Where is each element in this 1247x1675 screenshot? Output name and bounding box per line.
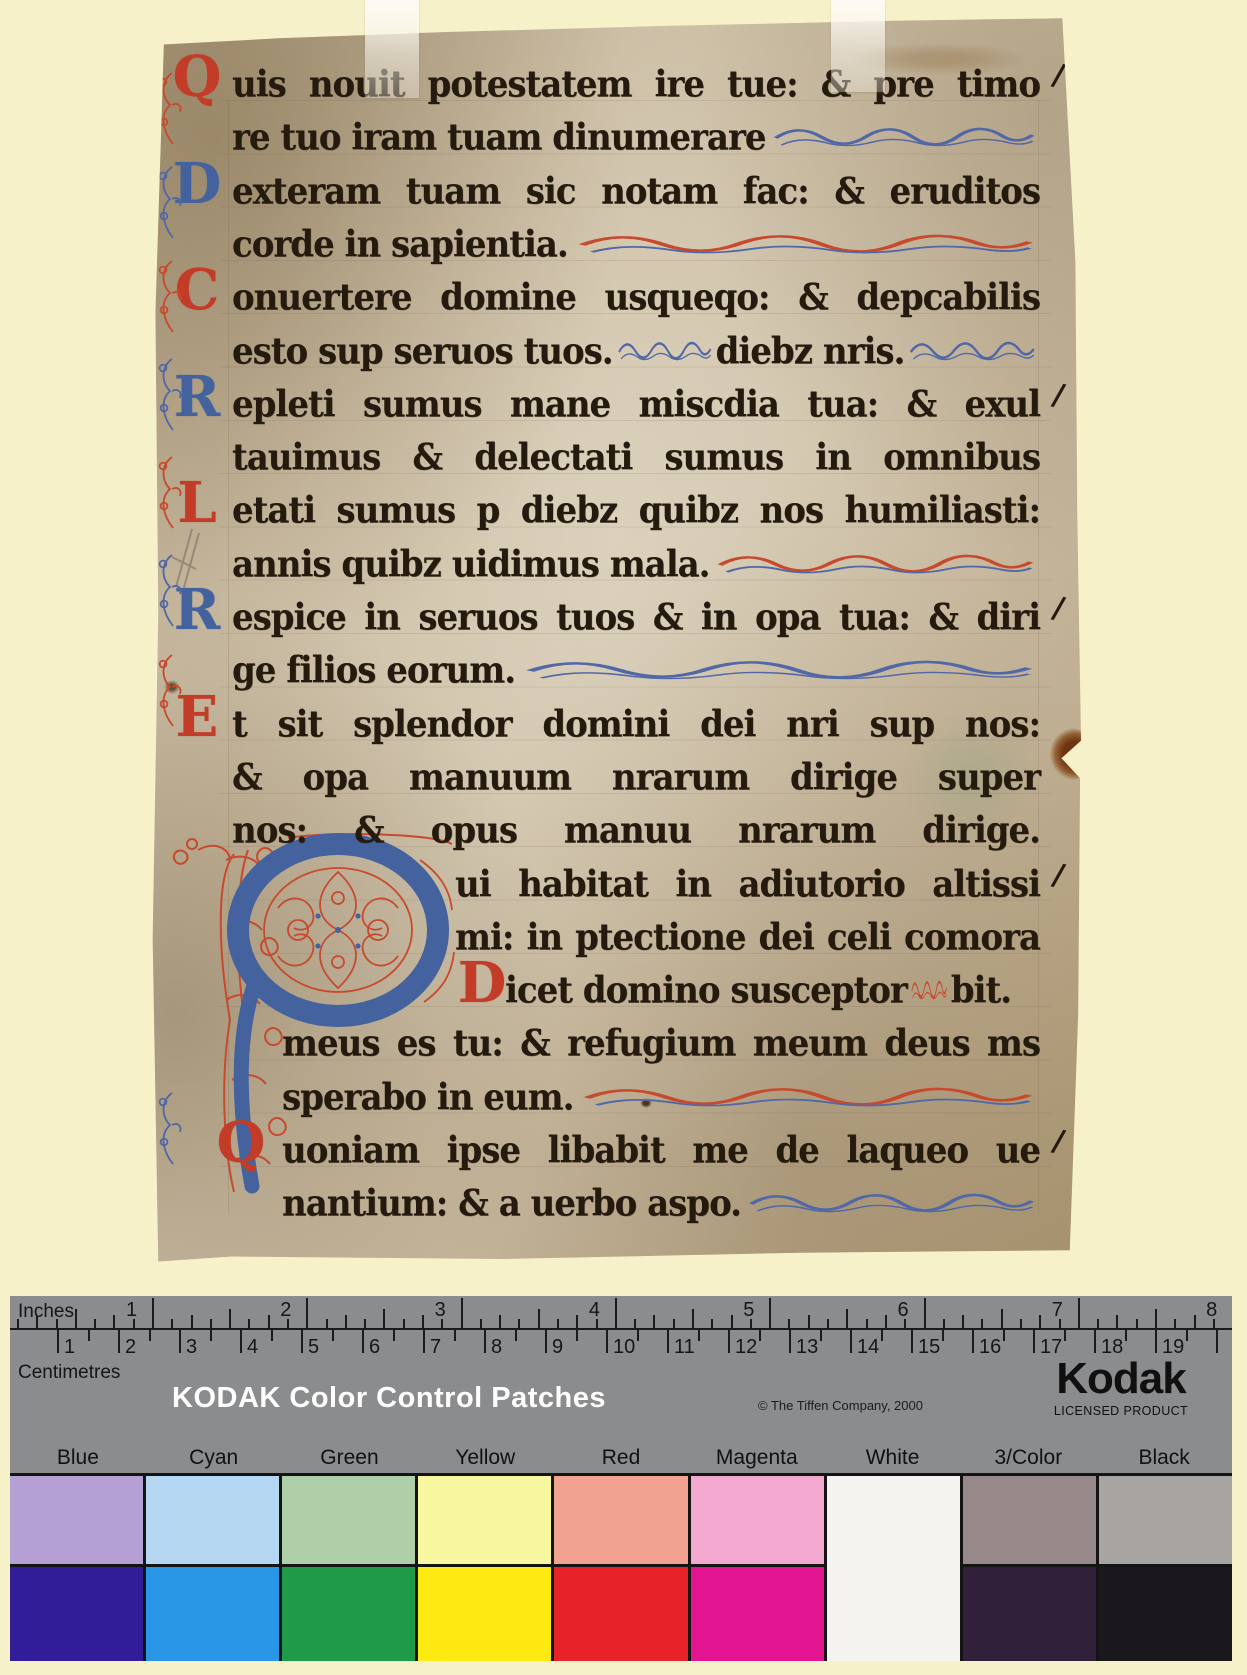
cm-number: 6 bbox=[369, 1336, 380, 1359]
manuscript-line: corde in sapientia. bbox=[232, 218, 1040, 272]
manuscript-text: diebz nris. bbox=[716, 330, 905, 372]
verse-initial: D bbox=[451, 955, 513, 1011]
cm-tick bbox=[728, 1330, 730, 1353]
manuscript-text: esto sup seruos tuos. bbox=[232, 330, 613, 372]
kodak-logo: Kodak bbox=[1046, 1354, 1196, 1404]
line-filler-redblue bbox=[572, 233, 1036, 257]
cm-tick bbox=[850, 1330, 852, 1353]
manuscript-text: re tuo iram tuam dinumerare bbox=[232, 117, 766, 159]
inch-number: 2 bbox=[280, 1299, 291, 1322]
margin-flourish-blue bbox=[154, 356, 184, 434]
manuscript-line: nantium: & a uerbo aspo. bbox=[282, 1177, 1040, 1231]
manuscript-line: & opa manuum nrarum dirige super bbox=[232, 751, 1040, 805]
patch-label-3-color: 3/Color bbox=[960, 1446, 1096, 1472]
inch-tick bbox=[1194, 1315, 1196, 1328]
inch-tick bbox=[981, 1319, 983, 1328]
manuscript-text: annis quibz uidimus mala. bbox=[232, 543, 709, 585]
manuscript-text: uoniam ipse libabit me de laqueo ue bbox=[282, 1130, 1040, 1172]
manuscript-text: nantium: & a uerbo aspo. bbox=[282, 1183, 741, 1225]
manuscript-line: Conuertere domine usqueqo: & depcabilis bbox=[232, 271, 1040, 325]
tape-strip bbox=[831, 0, 885, 92]
cm-tick bbox=[881, 1330, 883, 1341]
cm-number: 4 bbox=[247, 1336, 258, 1359]
cm-tick bbox=[454, 1330, 456, 1341]
line-break-mark: / bbox=[1050, 377, 1068, 414]
manuscript-line: Dicet domino susceptorbit. bbox=[505, 964, 965, 1018]
cm-number: 13 bbox=[796, 1336, 818, 1359]
inch-tick bbox=[943, 1319, 945, 1328]
manuscript-text: onuertere domine usqueqo: & depcabilis bbox=[232, 277, 1040, 319]
inch-tick bbox=[306, 1298, 308, 1328]
patch-label-blue: Blue bbox=[10, 1446, 146, 1472]
inch-number: 4 bbox=[589, 1299, 600, 1322]
manuscript-text: epleti sumus mane miscdia tua: & exul bbox=[232, 384, 1040, 426]
scene: { "manuscript": { "description": "Mediev… bbox=[0, 0, 1247, 1675]
inch-tick bbox=[75, 1309, 77, 1328]
manuscript-lines: Quis nouit potestatem ire tue: & pre tim… bbox=[148, 12, 1081, 1264]
inch-number: 3 bbox=[435, 1299, 446, 1322]
cm-tick bbox=[149, 1330, 151, 1341]
manuscript-text: corde in sapientia. bbox=[232, 224, 568, 266]
patch-label-green: Green bbox=[282, 1446, 418, 1472]
patch-column-3-color bbox=[960, 1476, 1096, 1661]
inch-tick bbox=[326, 1319, 328, 1328]
inch-tick bbox=[422, 1315, 424, 1328]
cm-tick bbox=[576, 1330, 578, 1341]
cm-tick bbox=[1155, 1330, 1157, 1353]
cm-number: 1 bbox=[64, 1336, 75, 1359]
margin-flourish-red bbox=[154, 258, 184, 336]
manuscript-line: re tuo iram tuam dinumerare bbox=[232, 111, 1040, 165]
inch-tick bbox=[1078, 1298, 1080, 1328]
cm-tick bbox=[332, 1330, 334, 1341]
manuscript-line: sperabo in eum. bbox=[282, 1071, 1040, 1125]
margin-flourish-blue bbox=[154, 552, 184, 630]
inch-tick bbox=[94, 1319, 96, 1328]
inch-tick bbox=[1001, 1309, 1003, 1328]
inch-tick bbox=[113, 1315, 115, 1328]
patch-bottom bbox=[1099, 1567, 1232, 1661]
patch-label-white: White bbox=[825, 1446, 961, 1472]
cm-tick bbox=[1064, 1330, 1066, 1341]
inch-tick bbox=[229, 1309, 231, 1328]
inch-tick bbox=[1020, 1319, 1022, 1328]
inch-tick bbox=[518, 1319, 520, 1328]
inch-tick bbox=[692, 1309, 694, 1328]
patch-bottom bbox=[963, 1567, 1096, 1661]
manuscript-line: Quoniam ipse libabit me de laqueo ue/ bbox=[282, 1124, 1040, 1178]
line-break-mark: / bbox=[1050, 1123, 1068, 1160]
line-filler-blue bbox=[908, 340, 1036, 364]
inch-number: 8 bbox=[1206, 1299, 1217, 1322]
inch-tick bbox=[711, 1319, 713, 1328]
cm-number: 16 bbox=[979, 1336, 1001, 1359]
cm-tick bbox=[210, 1330, 212, 1341]
inch-tick bbox=[1155, 1309, 1157, 1328]
manuscript-text: tauimus & delectati sumus in omnibus bbox=[232, 437, 1040, 479]
manuscript-line: ui habitat in adiutorio altissi/ bbox=[455, 858, 1040, 912]
inch-tick bbox=[866, 1319, 868, 1328]
inch-number: 7 bbox=[1052, 1299, 1063, 1322]
inch-tick bbox=[191, 1315, 193, 1328]
manuscript-line: nos: & opus manuu nrarum dirige. bbox=[232, 804, 1040, 858]
margin-flourish-red bbox=[154, 652, 184, 730]
cm-number: 14 bbox=[857, 1336, 879, 1359]
inch-tick bbox=[808, 1315, 810, 1328]
inch-tick bbox=[538, 1309, 540, 1328]
centimetres-label: Centimetres bbox=[18, 1362, 120, 1384]
patch-label-black: Black bbox=[1096, 1446, 1232, 1472]
patch-column-white bbox=[824, 1476, 960, 1661]
manuscript-line: mi: in ptectione dei celi comora bbox=[455, 911, 1040, 965]
cm-number: 3 bbox=[186, 1336, 197, 1359]
cm-tick bbox=[362, 1330, 364, 1353]
patch-column-red bbox=[551, 1476, 687, 1661]
cm-number: 10 bbox=[613, 1336, 635, 1359]
inch-tick bbox=[152, 1298, 154, 1328]
cm-tick bbox=[698, 1330, 700, 1341]
cm-tick bbox=[759, 1330, 761, 1341]
cm-tick bbox=[545, 1330, 547, 1353]
inch-tick bbox=[268, 1315, 270, 1328]
cm-tick bbox=[789, 1330, 791, 1353]
manuscript-line: Et sit splendor domini dei nri sup nos: bbox=[232, 698, 1040, 752]
cm-tick bbox=[271, 1330, 273, 1341]
inch-tick bbox=[673, 1319, 675, 1328]
manuscript-text: uis nouit potestatem ire tue: & pre timo bbox=[232, 64, 1040, 106]
manuscript-text: sperabo in eum. bbox=[282, 1076, 573, 1118]
cm-tick bbox=[972, 1330, 974, 1353]
cm-tick bbox=[179, 1330, 181, 1353]
manuscript-text: & opa manuum nrarum dirige super bbox=[232, 757, 1040, 799]
patch-bottom bbox=[10, 1567, 143, 1661]
patch-top bbox=[1099, 1476, 1232, 1564]
patch-top bbox=[691, 1476, 824, 1564]
line-break-mark: / bbox=[1050, 57, 1068, 94]
inch-tick bbox=[480, 1319, 482, 1328]
patch-top bbox=[963, 1476, 1096, 1564]
cm-tick bbox=[1216, 1330, 1218, 1353]
cm-number: 15 bbox=[918, 1336, 940, 1359]
inch-tick bbox=[557, 1319, 559, 1328]
inch-tick bbox=[364, 1319, 366, 1328]
manuscript-text: nos: & opus manuu nrarum dirige. bbox=[232, 810, 1040, 852]
cm-tick bbox=[393, 1330, 395, 1341]
patch-top bbox=[418, 1476, 551, 1564]
copyright-text: © The Tiffen Company, 2000 bbox=[758, 1398, 923, 1413]
manuscript-line: meus es tu: & refugium meum deus ms bbox=[282, 1017, 1040, 1071]
cm-number: 5 bbox=[308, 1336, 319, 1359]
patch-bottom bbox=[827, 1564, 960, 1661]
margin-flourish-blue bbox=[154, 1090, 184, 1168]
inch-number: 5 bbox=[743, 1299, 754, 1322]
inch-tick bbox=[769, 1298, 771, 1328]
cm-tick bbox=[118, 1330, 120, 1353]
manuscript-line: tauimus & delectati sumus in omnibus bbox=[232, 431, 1040, 485]
inch-tick bbox=[827, 1319, 829, 1328]
patch-label-red: Red bbox=[553, 1446, 689, 1472]
inch-tick bbox=[634, 1319, 636, 1328]
licensed-product-label: LICENSED PRODUCT bbox=[1046, 1404, 1196, 1418]
manuscript-text: etati sumus p diebz quibz nos humiliasti… bbox=[232, 490, 1040, 532]
inch-tick bbox=[403, 1319, 405, 1328]
cm-tick bbox=[240, 1330, 242, 1353]
margin-flourish-blue bbox=[154, 164, 184, 242]
inch-tick bbox=[17, 1319, 19, 1328]
patch-column-blue bbox=[10, 1476, 143, 1661]
manuscript-text: espice in seruos tuos & in opa tua: & di… bbox=[232, 597, 1040, 639]
kodak-title: KODAK Color Control Patches bbox=[172, 1382, 606, 1415]
inch-tick bbox=[36, 1315, 38, 1328]
cm-number: 12 bbox=[735, 1336, 757, 1359]
cm-number: 11 bbox=[674, 1336, 695, 1359]
cm-tick bbox=[637, 1330, 639, 1341]
manuscript-text: exteram tuam sic notam fac: & eruditos bbox=[232, 170, 1040, 212]
line-filler-blue bbox=[617, 340, 712, 364]
inch-tick bbox=[885, 1315, 887, 1328]
margin-flourish-red bbox=[154, 70, 184, 148]
cm-tick bbox=[423, 1330, 425, 1353]
manuscript-line: Letati sumus p diebz quibz nos humiliast… bbox=[232, 484, 1040, 538]
inch-tick bbox=[1116, 1315, 1118, 1328]
manuscript-line: Respice in seruos tuos & in opa tua: & d… bbox=[232, 591, 1040, 645]
patch-bottom bbox=[691, 1567, 824, 1661]
patch-bottom bbox=[554, 1567, 687, 1661]
inch-tick bbox=[653, 1315, 655, 1328]
inch-tick bbox=[345, 1315, 347, 1328]
patch-column-yellow bbox=[415, 1476, 551, 1661]
inch-tick bbox=[383, 1309, 385, 1328]
manuscript-text: icet domino susceptor bbox=[505, 970, 907, 1012]
cm-number: 8 bbox=[491, 1336, 502, 1359]
manuscript-text: ui habitat in adiutorio altissi bbox=[455, 863, 1040, 905]
inch-tick bbox=[924, 1298, 926, 1328]
patch-bottom bbox=[146, 1567, 279, 1661]
inch-number: 1 bbox=[126, 1299, 137, 1322]
inch-tick bbox=[576, 1315, 578, 1328]
manuscript-text: mi: in ptectione dei celi comora bbox=[455, 917, 1040, 959]
inch-ruler: 12345678 bbox=[10, 1296, 1232, 1328]
inch-tick bbox=[56, 1319, 58, 1328]
line-filler-red bbox=[911, 979, 947, 1003]
cm-tick bbox=[1033, 1330, 1035, 1353]
kodak-bar: Inches 12345678 123456789101112131415161… bbox=[10, 1296, 1232, 1473]
cm-number: 7 bbox=[430, 1336, 441, 1359]
patch-bottom bbox=[418, 1567, 551, 1661]
patch-top bbox=[554, 1476, 687, 1564]
cm-tick bbox=[606, 1330, 608, 1353]
cm-tick bbox=[820, 1330, 822, 1341]
manuscript-line: annis quibz uidimus mala. bbox=[232, 538, 1040, 592]
inch-tick bbox=[788, 1319, 790, 1328]
inch-tick bbox=[1097, 1319, 1099, 1328]
patch-labels: BlueCyanGreenYellowRedMagentaWhite3/Colo… bbox=[10, 1446, 1232, 1472]
cm-number: 9 bbox=[552, 1336, 563, 1359]
inch-tick bbox=[615, 1298, 617, 1328]
line-filler-redblue bbox=[713, 553, 1036, 577]
cm-tick bbox=[515, 1330, 517, 1341]
cm-tick bbox=[57, 1330, 59, 1353]
patch-label-magenta: Magenta bbox=[689, 1446, 825, 1472]
verse-initial: Q bbox=[210, 1115, 272, 1171]
manuscript-leaf: Quis nouit potestatem ire tue: & pre tim… bbox=[148, 12, 1081, 1264]
patch-top bbox=[146, 1476, 279, 1564]
cm-tick bbox=[88, 1330, 90, 1341]
manuscript-line: Repleti sumus mane miscdia tua: & exul/ bbox=[232, 378, 1040, 432]
inch-tick bbox=[1174, 1319, 1176, 1328]
patch-label-cyan: Cyan bbox=[146, 1446, 282, 1472]
patch-column-magenta bbox=[688, 1476, 824, 1661]
color-patches bbox=[10, 1473, 1232, 1661]
patch-top bbox=[282, 1476, 415, 1564]
line-filler-redblue bbox=[577, 1086, 1036, 1110]
line-break-mark: / bbox=[1050, 857, 1068, 894]
inch-tick bbox=[1136, 1319, 1138, 1328]
cm-tick bbox=[1003, 1330, 1005, 1341]
inch-tick bbox=[210, 1319, 212, 1328]
manuscript-text: ge filios eorum. bbox=[232, 650, 515, 692]
patch-label-yellow: Yellow bbox=[417, 1446, 553, 1472]
cm-tick bbox=[911, 1330, 913, 1353]
cm-tick bbox=[301, 1330, 303, 1353]
inch-tick bbox=[248, 1319, 250, 1328]
inch-tick bbox=[962, 1315, 964, 1328]
line-filler-blue bbox=[519, 659, 1036, 683]
manuscript-line: Quis nouit potestatem ire tue: & pre tim… bbox=[232, 58, 1040, 112]
cm-tick bbox=[1125, 1330, 1127, 1341]
cm-tick bbox=[484, 1330, 486, 1353]
patch-column-black bbox=[1096, 1476, 1232, 1661]
inch-tick bbox=[846, 1309, 848, 1328]
patch-column-cyan bbox=[143, 1476, 279, 1661]
inch-tick bbox=[171, 1319, 173, 1328]
patch-bottom bbox=[282, 1567, 415, 1661]
inch-number: 6 bbox=[898, 1299, 909, 1322]
manuscript-line: ge filios eorum. bbox=[232, 644, 1040, 698]
manuscript-text: meus es tu: & refugium meum deus ms bbox=[282, 1023, 1040, 1065]
manuscript-text: bit. bbox=[951, 970, 1011, 1012]
cm-tick bbox=[942, 1330, 944, 1341]
patch-top bbox=[827, 1476, 960, 1564]
line-break-mark: / bbox=[1050, 590, 1068, 627]
tape-strip bbox=[365, 0, 419, 98]
manuscript-line: esto sup seruos tuos.diebz nris. bbox=[232, 325, 1040, 379]
patch-top bbox=[10, 1476, 143, 1564]
cm-tick bbox=[1094, 1330, 1096, 1353]
manuscript-line: Dexteram tuam sic notam fac: & eruditos bbox=[232, 165, 1040, 219]
line-filler-blue bbox=[770, 126, 1037, 150]
inch-tick bbox=[499, 1315, 501, 1328]
cm-tick bbox=[1186, 1330, 1188, 1341]
line-filler-blue bbox=[745, 1192, 1036, 1216]
patch-column-green bbox=[279, 1476, 415, 1661]
cm-tick bbox=[667, 1330, 669, 1353]
inch-tick bbox=[731, 1315, 733, 1328]
inch-tick bbox=[461, 1298, 463, 1328]
manuscript-text: t sit splendor domini dei nri sup nos: bbox=[232, 703, 1040, 745]
margin-flourish-red bbox=[154, 454, 184, 532]
inch-tick bbox=[1039, 1315, 1041, 1328]
cm-number: 2 bbox=[125, 1336, 136, 1359]
